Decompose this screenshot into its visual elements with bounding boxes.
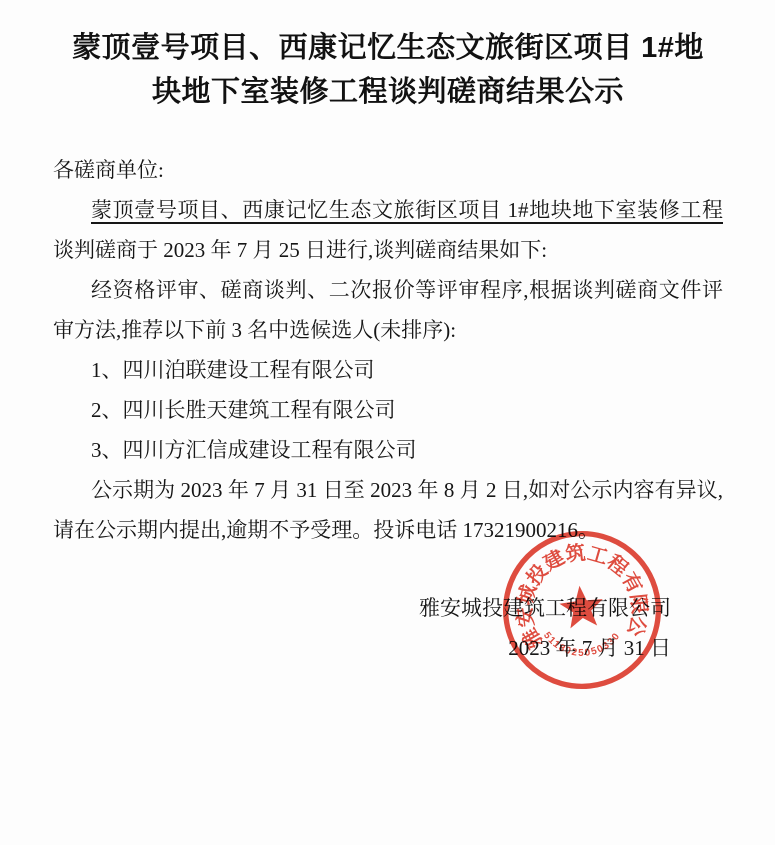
- candidate-list: 1、四川泊联建设工程有限公司 2、四川长胜天建筑工程有限公司 3、四川方汇信成建…: [53, 350, 723, 470]
- signature-date: 2023 年 7 月 31 日: [53, 628, 671, 668]
- project-name-underlined: 蒙顶壹号项目、西康记忆生态文旅街区项目 1#地块地下室装修工程: [91, 198, 723, 222]
- negotiation-result-intro: 谈判磋商于 2023 年 7 月 25 日进行,谈判磋商结果如下:: [53, 238, 547, 262]
- candidate-item-3: 3、四川方汇信成建设工程有限公司: [91, 430, 723, 470]
- candidate-item-2: 2、四川长胜天建筑工程有限公司: [91, 390, 723, 430]
- candidate-item-1: 1、四川泊联建设工程有限公司: [91, 350, 723, 390]
- document-content: 蒙顶壹号项目、西康记忆生态文旅街区项目 1#地块地下室装修工程谈判磋商结果公示 …: [0, 0, 775, 668]
- page-title: 蒙顶壹号项目、西康记忆生态文旅街区项目 1#地块地下室装修工程谈判磋商结果公示: [65, 26, 711, 114]
- salutation: 各磋商单位:: [53, 150, 723, 190]
- paragraph-review-process: 经资格评审、磋商谈判、二次报价等评审程序,根据谈判磋商文件评审方法,推荐以下前 …: [53, 270, 723, 350]
- paragraph-publicity-period: 公示期为 2023 年 7 月 31 日至 2023 年 8 月 2 日,如对公…: [53, 470, 723, 550]
- signature-block: 雅安城投建筑工程有限公司 2023 年 7 月 31 日: [53, 588, 723, 668]
- document-page: 蒙顶壹号项目、西康记忆生态文旅街区项目 1#地块地下室装修工程谈判磋商结果公示 …: [0, 0, 775, 845]
- signature-company: 雅安城投建筑工程有限公司: [53, 588, 671, 628]
- paragraph-negotiation-date: 蒙顶壹号项目、西康记忆生态文旅街区项目 1#地块地下室装修工程谈判磋商于 202…: [53, 190, 723, 270]
